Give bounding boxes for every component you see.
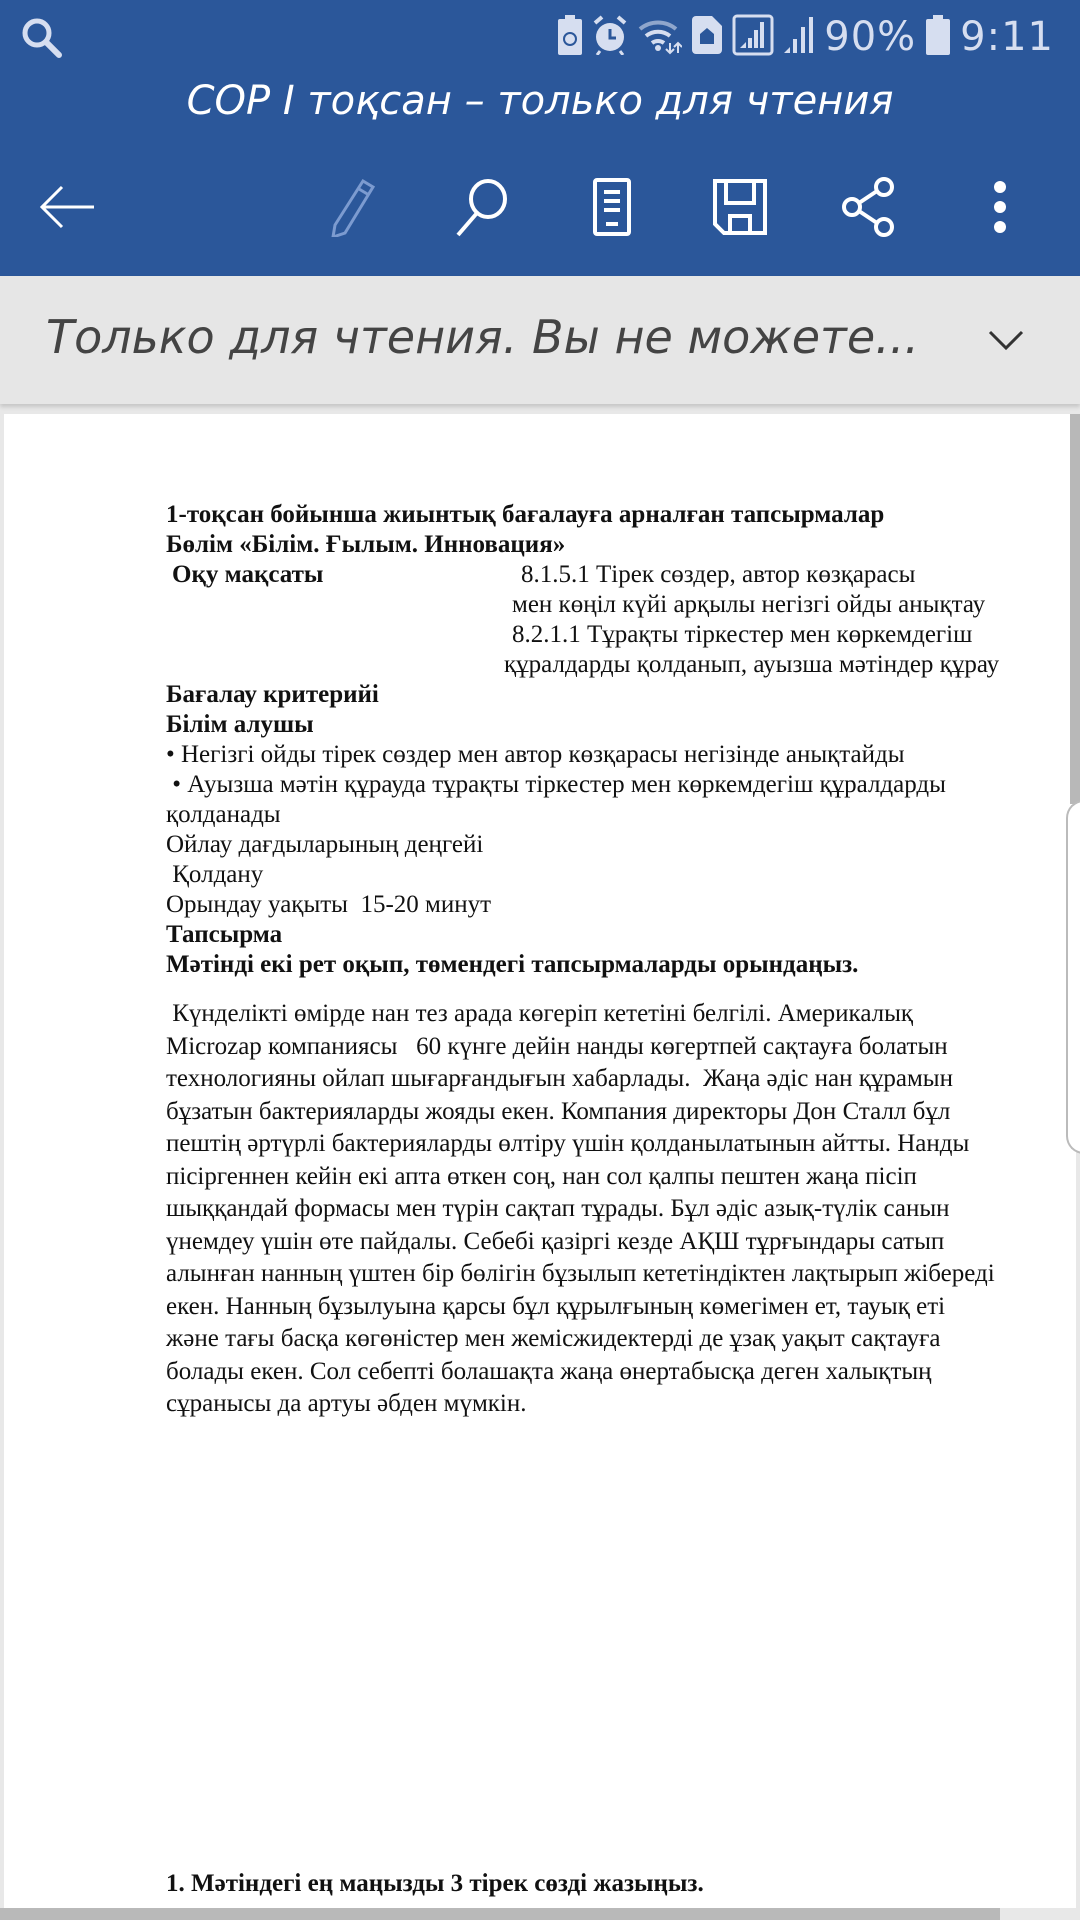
text-line: үнемдеу үшін өте пайдалы. Себебі қазіргі… [166,1226,1066,1259]
scrollbar[interactable] [1070,414,1080,804]
reading-text: Күнделікті өмірде нан тез арада көгеріп … [166,998,1066,1421]
criteria-heading: Бағалау критерийі [166,680,1066,710]
toolbar [0,165,1080,245]
status-bar: 90% 9:11 [0,0,1080,72]
sim-icon [692,16,722,59]
battery-icon [926,15,950,60]
criteria-item: • Негізгі ойды тірек сөздер мен автор кө… [166,740,1066,770]
text-line: болады екен. Сол себепті болашақта жаңа … [166,1356,1066,1389]
text-line: шыққандай формасы мен түрін сақтап тұрад… [166,1193,1066,1226]
clock: 9:11 [960,14,1054,60]
battery-saver-icon [558,15,582,60]
read-only-banner[interactable]: Только для чтения. Вы не можете... [0,276,1080,404]
text-line: пештің әртүрлі бактерияларды өлтіру үшін… [166,1128,1066,1161]
share-icon[interactable] [836,175,900,239]
text-line: Күнделікті өмірде нан тез арада көгеріп … [166,998,1066,1031]
goals-label: Оқу мақсаты [172,560,323,590]
text-line: пісіргеннен кейін екі апта өткен соң, на… [166,1161,1066,1194]
text-line: екен. Нанның бұзылуына қарсы бұл құрылғы… [166,1291,1066,1324]
doc-heading-1: 1-тоқсан бойынша жиынтық бағалауға арнал… [166,500,1066,530]
more-vert-icon[interactable] [968,175,1032,239]
search-icon[interactable] [20,16,64,60]
scroll-handle[interactable] [1066,800,1080,1154]
app-header: 90% 9:11 СОР I тоқсан – только для чтени… [0,0,1080,276]
text-line: алынған нанның үштен бір бөлігін бұзылып… [166,1258,1066,1291]
question-1: 1. Мәтіндегі ең маңызды 3 тірек сөзді жа… [166,1870,704,1898]
alarm-icon [592,15,628,60]
wifi-data-icon [638,15,682,60]
thinking-level-label: Ойлау дағдыларының деңгейі [166,830,1066,860]
learner-heading: Білім алушы [166,710,1066,740]
battery-percent: 90% [824,14,916,60]
task-instruction: Мәтінді екі рет оқып, төмендегі тапсырма… [166,950,1066,980]
text-line: Microzap компаниясы 60 күнге дейін нанды… [166,1031,1066,1064]
save-icon[interactable] [708,175,772,239]
doc-heading-2: Бөлім «Білім. Ғылым. Инновация» [166,530,1066,560]
signal-box-icon [732,14,774,61]
pencil-icon[interactable] [320,175,384,239]
horizontal-scrollbar[interactable] [0,1908,1000,1920]
document-title: СОР I тоқсан – только для чтения [0,78,1080,124]
thinking-level-value: Қолдану [166,860,1066,890]
criteria-item: қолданады [166,800,1066,830]
goal-line: құралдарды қолданып, ауызша мәтіндер құр… [504,650,999,680]
goal-line: 8.2.1.1 Тұрақты тіркестер мен көркемдегі… [512,620,972,650]
banner-message: Только для чтения. Вы не можете... [46,310,919,364]
document-content: 1-тоқсан бойынша жиынтық бағалауға арнал… [166,500,1066,1421]
text-line: технологияны ойлап шығарғандығын хабарла… [166,1063,1066,1096]
back-arrow-icon[interactable] [36,175,100,239]
status-icons: 90% 9:11 [558,12,1054,62]
text-line: бұзатын бактерияларды жояды екен. Компан… [166,1096,1066,1129]
text-line: және тағы басқа көгөністер мен жемісжиде… [166,1323,1066,1356]
signal-icon [784,15,814,60]
criteria-item: • Ауызша мәтін құрауда тұрақты тіркестер… [166,770,1066,800]
goal-line: мен көңіл күйі арқылы негізгі ойды анықт… [512,590,985,620]
text-line: сұранысы да артуы әбден мүмкін. [166,1388,1066,1421]
search-icon[interactable] [450,175,514,239]
learning-goals: Оқу мақсаты 8.1.5.1 Тірек сөздер, автор … [166,560,1066,680]
mobile-view-icon[interactable] [580,175,644,239]
task-heading: Тапсырма [166,920,1066,950]
time-limit: Орындау уақыты 15-20 минут [166,890,1066,920]
goal-line: 8.1.5.1 Тірек сөздер, автор көзқарасы [521,560,915,590]
chevron-down-icon[interactable] [982,316,1030,364]
